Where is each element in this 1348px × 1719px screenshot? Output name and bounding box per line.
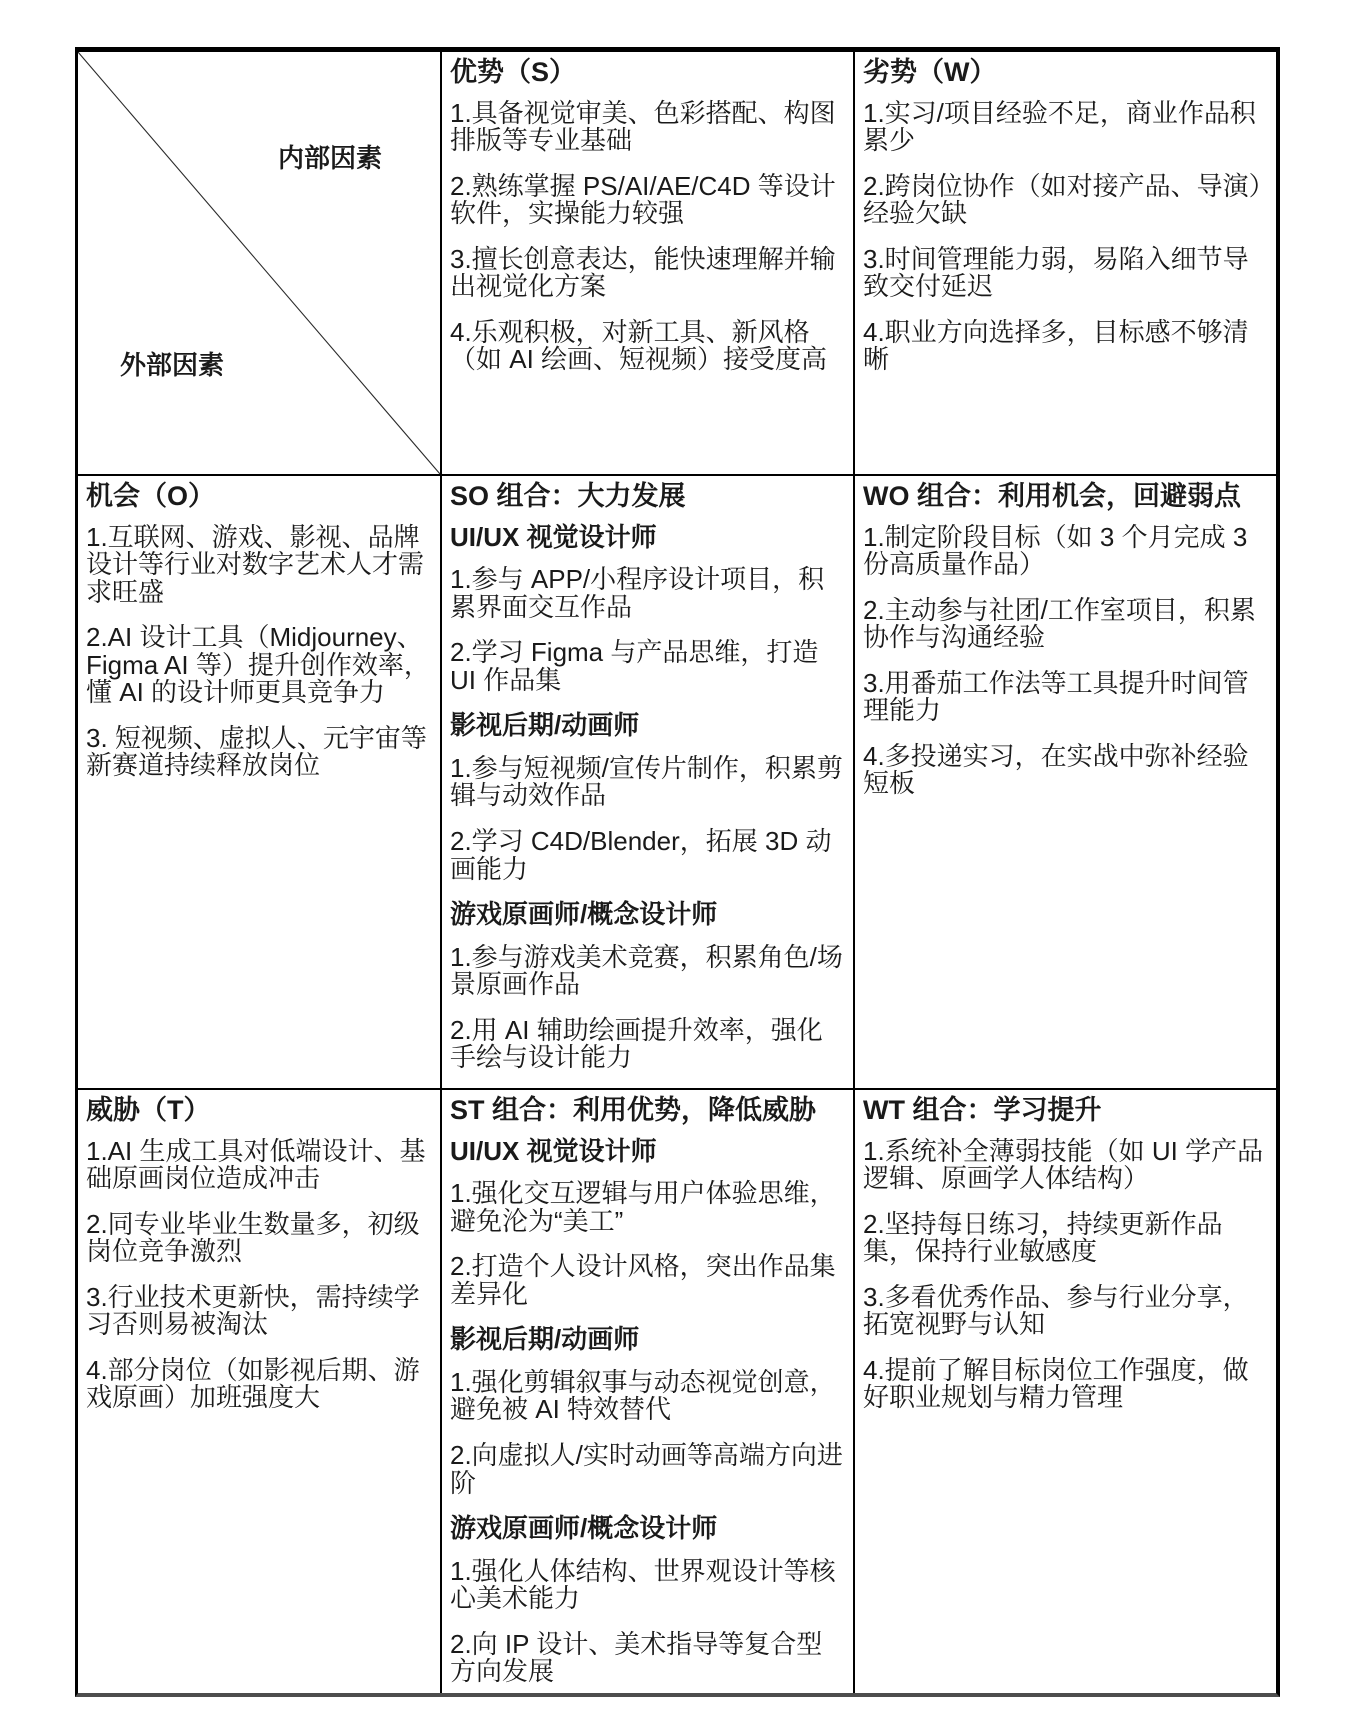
cell-item: 2.向虚拟人/实时动画等高端方向进阶 [450, 1442, 845, 1497]
cell-subheading: 影视后期/动画师 [450, 1326, 845, 1354]
cell-item: 1.强化剪辑叙事与动态视觉创意，避免被 AI 特效替代 [450, 1369, 845, 1424]
cell-item: 1.制定阶段目标（如 3 个月完成 3 份高质量作品） [863, 524, 1268, 579]
strengths-title: 优势（S） [450, 58, 845, 87]
cell-item: 3.行业技术更新快，需持续学习否则易被淘汰 [86, 1284, 432, 1339]
external-factors-label: 外部因素 [120, 352, 224, 380]
cell-subheading: 影视后期/动画师 [450, 712, 845, 740]
cell-item: 2.用 AI 辅助绘画提升效率，强化手绘与设计能力 [450, 1017, 845, 1072]
cell-subheading: 游戏原画师/概念设计师 [450, 1515, 845, 1543]
cell-item: 3.时间管理能力弱，易陷入细节导致交付延迟 [863, 246, 1268, 301]
cell-subheading: UI/UX 视觉设计师 [450, 524, 845, 552]
wo-title: WO 组合：利用机会，回避弱点 [863, 482, 1268, 511]
opportunities-items: 1.互联网、游戏、影视、品牌设计等行业对数字艺术人才需求旺盛2.AI 设计工具（… [86, 524, 432, 780]
wt-title: WT 组合：学习提升 [863, 1096, 1268, 1125]
cell-item: 2.坚持每日练习，持续更新作品集，保持行业敏感度 [863, 1211, 1268, 1266]
threats-cell: 威胁（T） 1.AI 生成工具对低端设计、基础原画岗位造成冲击2.同专业毕业生数… [78, 1090, 442, 1693]
corner-cell: 内部因素 外部因素 [78, 52, 442, 476]
cell-item: 3.多看优秀作品、参与行业分享，拓宽视野与认知 [863, 1284, 1268, 1339]
internal-factors-label: 内部因素 [278, 145, 382, 173]
cell-item: 1.AI 生成工具对低端设计、基础原画岗位造成冲击 [86, 1138, 432, 1193]
st-strategy-cell: ST 组合：利用优势，降低威胁 UI/UX 视觉设计师1.强化交互逻辑与用户体验… [442, 1090, 855, 1693]
opportunities-cell: 机会（O） 1.互联网、游戏、影视、品牌设计等行业对数字艺术人才需求旺盛2.AI… [78, 476, 442, 1090]
cell-item: 2.跨岗位协作（如对接产品、导演）经验欠缺 [863, 173, 1268, 228]
cell-item: 2.同专业毕业生数量多，初级岗位竞争激烈 [86, 1211, 432, 1266]
cell-item: 1.强化人体结构、世界观设计等核心美术能力 [450, 1558, 845, 1613]
so-blocks: UI/UX 视觉设计师1.参与 APP/小程序设计项目，积累界面交互作品2.学习… [450, 524, 845, 1072]
threats-items: 1.AI 生成工具对低端设计、基础原画岗位造成冲击2.同专业毕业生数量多，初级岗… [86, 1138, 432, 1412]
so-strategy-cell: SO 组合：大力发展 UI/UX 视觉设计师1.参与 APP/小程序设计项目，积… [442, 476, 855, 1090]
weaknesses-cell: 劣势（W） 1.实习/项目经验不足，商业作品积累少2.跨岗位协作（如对接产品、导… [855, 52, 1276, 476]
cell-item: 1.参与游戏美术竞赛，积累角色/场景原画作品 [450, 944, 845, 999]
strengths-cell: 优势（S） 1.具备视觉审美、色彩搭配、构图排版等专业基础2.熟练掌握 PS/A… [442, 52, 855, 476]
cell-item: 4.多投递实习，在实战中弥补经验短板 [863, 743, 1268, 798]
opportunities-title: 机会（O） [86, 482, 432, 511]
cell-subheading: UI/UX 视觉设计师 [450, 1138, 845, 1166]
swot-table: 内部因素 外部因素 优势（S） 1.具备视觉审美、色彩搭配、构图排版等专业基础2… [75, 47, 1280, 1697]
st-title: ST 组合：利用优势，降低威胁 [450, 1096, 845, 1125]
weaknesses-title: 劣势（W） [863, 58, 1268, 87]
cell-item: 1.参与 APP/小程序设计项目，积累界面交互作品 [450, 566, 845, 621]
cell-item: 1.强化交互逻辑与用户体验思维，避免沦为“美工” [450, 1180, 845, 1235]
cell-item: 4.职业方向选择多，目标感不够清晰 [863, 319, 1268, 374]
threats-title: 威胁（T） [86, 1096, 432, 1125]
diagonal-divider-line [78, 52, 440, 474]
cell-item: 4.提前了解目标岗位工作强度，做好职业规划与精力管理 [863, 1357, 1268, 1412]
weaknesses-items: 1.实习/项目经验不足，商业作品积累少2.跨岗位协作（如对接产品、导演）经验欠缺… [863, 100, 1268, 374]
cell-item: 1.实习/项目经验不足，商业作品积累少 [863, 100, 1268, 155]
cell-item: 2.打造个人设计风格，突出作品集差异化 [450, 1253, 845, 1308]
cell-item: 2.AI 设计工具（Midjourney、Figma AI 等）提升创作效率，懂… [86, 624, 432, 707]
so-title: SO 组合：大力发展 [450, 482, 845, 511]
cell-item: 3.用番茄工作法等工具提升时间管理能力 [863, 670, 1268, 725]
cell-item: 4.乐观积极，对新工具、新风格（如 AI 绘画、短视频）接受度高 [450, 319, 845, 374]
cell-item: 1.系统补全薄弱技能（如 UI 学产品逻辑、原画学人体结构） [863, 1138, 1268, 1193]
wo-strategy-cell: WO 组合：利用机会，回避弱点 1.制定阶段目标（如 3 个月完成 3 份高质量… [855, 476, 1276, 1090]
strengths-items: 1.具备视觉审美、色彩搭配、构图排版等专业基础2.熟练掌握 PS/AI/AE/C… [450, 100, 845, 374]
wt-strategy-cell: WT 组合：学习提升 1.系统补全薄弱技能（如 UI 学产品逻辑、原画学人体结构… [855, 1090, 1276, 1693]
cell-item: 2.主动参与社团/工作室项目，积累协作与沟通经验 [863, 597, 1268, 652]
cell-item: 1.互联网、游戏、影视、品牌设计等行业对数字艺术人才需求旺盛 [86, 524, 432, 607]
cell-item: 2.熟练掌握 PS/AI/AE/C4D 等设计软件，实操能力较强 [450, 173, 845, 228]
cell-item: 1.具备视觉审美、色彩搭配、构图排版等专业基础 [450, 100, 845, 155]
cell-item: 3. 短视频、虚拟人、元宇宙等新赛道持续释放岗位 [86, 725, 432, 780]
cell-item: 1.参与短视频/宣传片制作，积累剪辑与动效作品 [450, 755, 845, 810]
wt-items: 1.系统补全薄弱技能（如 UI 学产品逻辑、原画学人体结构）2.坚持每日练习，持… [863, 1138, 1268, 1412]
cell-item: 2.学习 Figma 与产品思维，打造 UI 作品集 [450, 639, 845, 694]
cell-subheading: 游戏原画师/概念设计师 [450, 901, 845, 929]
cell-item: 2.学习 C4D/Blender，拓展 3D 动画能力 [450, 828, 845, 883]
wo-items: 1.制定阶段目标（如 3 个月完成 3 份高质量作品）2.主动参与社团/工作室项… [863, 524, 1268, 798]
cell-item: 3.擅长创意表达，能快速理解并输出视觉化方案 [450, 246, 845, 301]
cell-item: 4.部分岗位（如影视后期、游戏原画）加班强度大 [86, 1357, 432, 1412]
cell-item: 2.向 IP 设计、美术指导等复合型方向发展 [450, 1631, 845, 1686]
st-blocks: UI/UX 视觉设计师1.强化交互逻辑与用户体验思维，避免沦为“美工”2.打造个… [450, 1138, 845, 1686]
